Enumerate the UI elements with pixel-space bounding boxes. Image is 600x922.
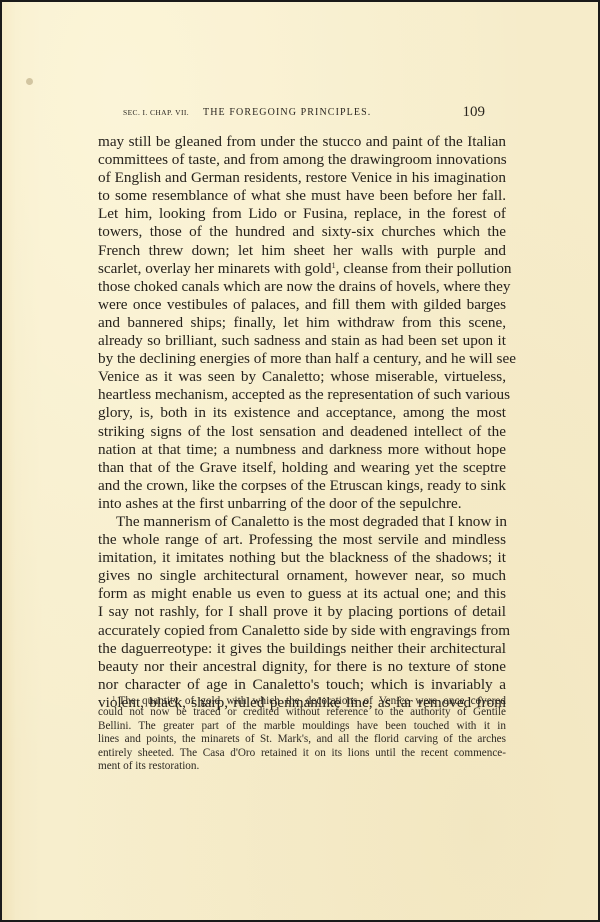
running-head-title: The Foregoing Principles.	[203, 107, 371, 118]
footnote-text: The quantity of gold with which the deco…	[119, 695, 507, 707]
footnote-line: ment of its restoration.	[98, 760, 506, 773]
running-head-section: Sec. I. Chap. VII.	[123, 108, 189, 117]
text-line: of English and German residents, restore…	[98, 169, 506, 187]
text-line: the daguerreotype: it gives the building…	[98, 640, 506, 658]
text-line: Venice as it was seen by Canaletto; whos…	[98, 368, 506, 386]
text-line: striking signs of the lost sensation and…	[98, 423, 506, 441]
text-line: towers, those of the hundred and sixty-s…	[98, 223, 506, 241]
text-fragment: , cleanse from their pollution	[336, 260, 512, 277]
text-line: Let him, looking from Lido or Fusina, re…	[98, 205, 506, 223]
text-line: than that of the Grave itself, holding a…	[98, 459, 506, 477]
text-line: and bannered ships; finally, let him wit…	[98, 314, 506, 332]
text-line: those choked canals which are now the dr…	[98, 278, 506, 296]
text-line: imitation, it imitates nothing but the b…	[98, 549, 506, 567]
text-line: nation at that time; a numbness and dark…	[98, 441, 506, 459]
footnote-line: 1The quantity of gold with which the dec…	[98, 693, 506, 706]
text-line: were once vestibules of palaces, and fil…	[98, 296, 506, 314]
running-head: Sec. I. Chap. VII. The Foregoing Princip…	[123, 104, 485, 122]
text-line: I say not rashly, for I shall prove it b…	[98, 603, 506, 621]
text-line: nor character of age in Canaletto's touc…	[98, 676, 506, 694]
text-line: French threw down; let him sheet her wal…	[98, 242, 506, 260]
text-line: gives no single architectural ornament, …	[98, 567, 506, 585]
book-page: Sec. I. Chap. VII. The Foregoing Princip…	[2, 2, 598, 920]
text-line: form as might enable us even to guess at…	[98, 585, 506, 603]
text-fragment: scarlet, overlay her minarets with gold	[98, 260, 332, 277]
paragraph-end-line: into ashes at the first unbarring of the…	[98, 495, 506, 513]
text-line: heartless mechanism, accepted as the rep…	[98, 386, 506, 404]
text-line: and the crown, like the corpses of the E…	[98, 477, 506, 495]
text-line: accurately copied from Canaletto side by…	[98, 622, 506, 640]
paper-stain	[26, 78, 33, 85]
footnote-line: entirely sheeted. The Casa d'Oro retaine…	[98, 747, 506, 760]
footnote-line: could not now be traced or credited with…	[98, 706, 506, 719]
text-line: glory, is, both in its existence and acc…	[98, 404, 506, 422]
paragraph-start-line: The mannerism of Canaletto is the most d…	[98, 513, 506, 531]
footnote-mark: 1	[112, 695, 116, 703]
text-line-with-footnote: scarlet, overlay her minarets with gold1…	[98, 260, 506, 278]
footnote-line: lines and points, the minarets of St. Ma…	[98, 733, 506, 746]
footnotes: 1The quantity of gold with which the dec…	[98, 693, 506, 773]
text-line: the whole range of art. Professing the m…	[98, 531, 506, 549]
text-line: by the declining energies of more than h…	[98, 350, 506, 368]
page-number: 109	[463, 104, 486, 121]
footnote-line: Bellini. The greater part of the marble …	[98, 720, 506, 733]
text-line: already so brilliant, such sadness and s…	[98, 332, 506, 350]
text-line: committees of taste, and from among the …	[98, 151, 506, 169]
body-text: may still be gleaned from under the stuc…	[98, 133, 506, 712]
text-line: beauty nor their ancestral dignity, for …	[98, 658, 506, 676]
text-line: to some resemblance of what she must hav…	[98, 187, 506, 205]
text-line: may still be gleaned from under the stuc…	[98, 133, 506, 151]
